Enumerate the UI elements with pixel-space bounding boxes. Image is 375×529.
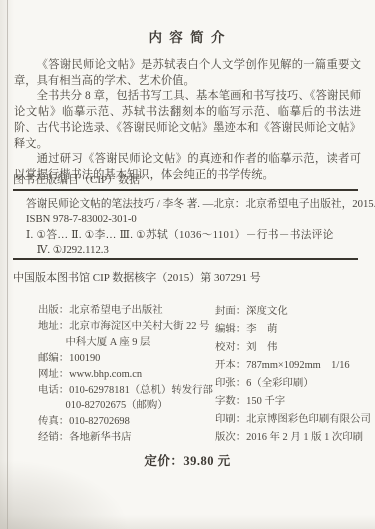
divider-bottom xyxy=(13,258,358,260)
info-value: 787mm×1092mm 1/16 xyxy=(246,360,349,371)
info-value: 中科大厦 A 座 9 层 xyxy=(38,335,150,351)
info-label: 开本： xyxy=(215,360,246,371)
info-value: 150 千字 xyxy=(246,396,285,407)
info-value: 100190 xyxy=(69,353,100,364)
price-label: 定价：39.80 元 xyxy=(0,451,375,469)
cip-record: 答谢民师论文帖的笔法技巧 / 李冬 著. —北京：北京希望电子出版社，2015.… xyxy=(26,197,360,259)
info-label: 印刷： xyxy=(215,414,246,425)
info-row: 校对：刘 伟 xyxy=(215,339,365,357)
content-introduction: 《答谢民师论文帖》是苏轼表白个人文学创作见解的一篇重要文章，具有相当高的学术、艺… xyxy=(14,58,361,184)
info-label: 邮编： xyxy=(38,353,69,364)
publication-info-left: 出版：北京希望电子出版社 地址：北京市海淀区中关村大街 22 号 中科大厦 A … xyxy=(38,303,213,446)
cip-registration-number: 中国版本图书馆 CIP 数据核字（2015）第 307291 号 xyxy=(13,269,261,285)
cip-line: Ⅰ. ①答… Ⅱ. ①李… Ⅲ. ①苏轼（1036～1101）－行书－书法评论 xyxy=(26,228,360,243)
page-title: 内 容 简 介 xyxy=(0,26,375,46)
info-value: 2016 年 2 月 1 版 1 次印刷 xyxy=(246,432,363,443)
info-row: 编辑：李 萌 xyxy=(215,321,365,339)
info-label: 校对： xyxy=(215,342,246,353)
info-value: 刘 伟 xyxy=(246,342,277,353)
info-row: 封面：深度文化 xyxy=(215,303,365,321)
info-label: 印张： xyxy=(215,378,246,389)
info-row: 网址：www.bhp.com.cn xyxy=(38,367,213,383)
info-value: 010-82702698 xyxy=(69,416,130,427)
info-label: 电话： xyxy=(38,385,69,396)
info-label: 网址： xyxy=(38,369,69,380)
info-label: 出版： xyxy=(38,305,69,316)
info-row: 010-82702675（邮购） xyxy=(38,398,213,414)
info-row: 经销：各地新华书店 xyxy=(38,430,213,446)
info-row: 印刷：北京博图彩色印刷有限公司 xyxy=(215,411,365,429)
cip-section-title: 图书在版编目（CIP）数据 xyxy=(13,171,140,187)
intro-paragraph: 《答谢民师论文帖》是苏轼表白个人文学创作见解的一篇重要文章，具有相当高的学术、艺… xyxy=(14,58,361,89)
info-value: 各地新华书店 xyxy=(69,432,131,443)
info-label: 编辑： xyxy=(215,324,246,335)
info-label: 版次： xyxy=(215,432,246,443)
info-label: 传真： xyxy=(38,416,69,427)
info-label: 字数： xyxy=(215,396,246,407)
info-row: 印张：6（全彩印刷） xyxy=(215,375,365,393)
info-row: 邮编：100190 xyxy=(38,351,213,367)
info-row: 字数：150 千字 xyxy=(215,393,365,411)
info-label: 地址： xyxy=(38,321,69,332)
info-row: 中科大厦 A 座 9 层 xyxy=(38,335,213,351)
info-value: 北京市海淀区中关村大街 22 号 xyxy=(69,321,209,332)
intro-paragraph: 全书共分 8 章，包括书写工具、基本笔画和书写技巧、《答谢民师论文帖》临摹示范、… xyxy=(14,89,361,152)
info-row: 出版：北京希望电子出版社 xyxy=(38,303,213,319)
info-row: 电话：010-62978181（总机）转发行部 xyxy=(38,383,213,399)
info-value: 深度文化 xyxy=(246,306,288,317)
scan-corner-shadow xyxy=(0,459,130,529)
cip-line: Ⅳ. ①J292.112.3 xyxy=(26,243,360,258)
info-label: 封面： xyxy=(215,306,246,317)
info-value: 李 萌 xyxy=(246,324,277,335)
info-row: 版次：2016 年 2 月 1 版 1 次印刷 xyxy=(215,429,365,447)
info-value: 010-62978181（总机）转发行部 xyxy=(69,385,213,396)
info-value: 北京博图彩色印刷有限公司 xyxy=(246,414,371,425)
info-row: 地址：北京市海淀区中关村大街 22 号 xyxy=(38,319,213,335)
cip-line: ISBN 978-7-83002-301-0 xyxy=(26,212,360,227)
info-value: 010-82702675（邮购） xyxy=(38,398,168,414)
info-row: 传真：010-82702698 xyxy=(38,414,213,430)
info-row: 开本：787mm×1092mm 1/16 xyxy=(215,357,365,375)
publication-info-right: 封面：深度文化 编辑：李 萌 校对：刘 伟 开本：787mm×1092mm 1/… xyxy=(215,303,365,447)
divider-top xyxy=(13,189,358,191)
info-value: www.bhp.com.cn xyxy=(69,369,142,380)
info-value: 6（全彩印刷） xyxy=(246,378,314,389)
info-label: 经销： xyxy=(38,432,69,443)
cip-line: 答谢民师论文帖的笔法技巧 / 李冬 著. —北京：北京希望电子出版社，2015.… xyxy=(26,197,360,212)
page-edge-line xyxy=(7,0,8,529)
info-value: 北京希望电子出版社 xyxy=(69,305,163,316)
